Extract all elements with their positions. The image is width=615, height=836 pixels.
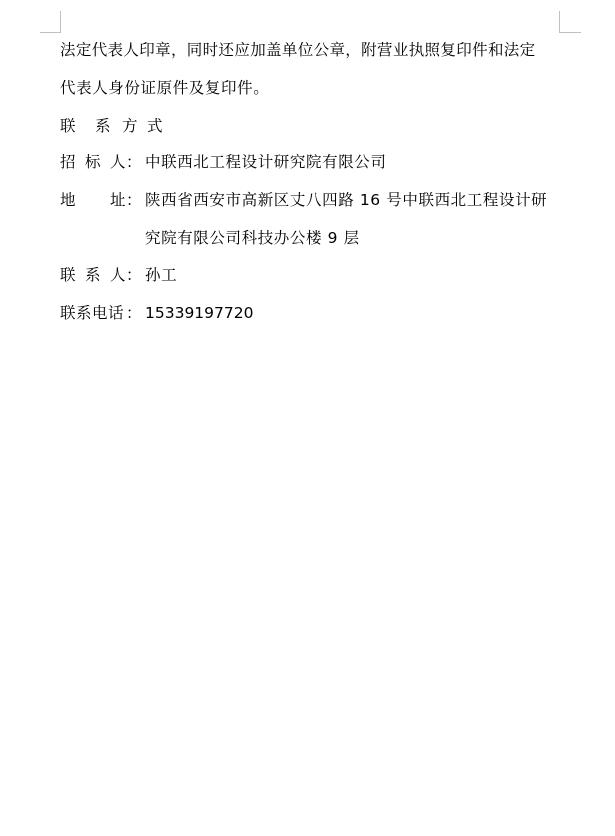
label-colon: ： xyxy=(126,152,142,172)
label-colon: ： xyxy=(126,265,142,285)
heading-char: 式 xyxy=(147,116,163,136)
address-value-line2: 究院有限公司科技办公楼 9 层 xyxy=(145,228,360,248)
margin-corner-mark-top-right xyxy=(559,11,581,33)
label-char: 人 xyxy=(110,265,126,285)
phone-value: 15339197720 xyxy=(145,303,253,323)
label-colon: ： xyxy=(126,190,142,210)
phone-label: 联系电话 xyxy=(60,303,124,323)
label-char: 标 xyxy=(85,152,101,172)
margin-corner-mark-top-left xyxy=(40,11,61,33)
heading-char: 系 xyxy=(95,116,111,136)
heading-char: 方 xyxy=(122,116,138,136)
paragraph-line: 代表人身份证原件及复印件。 xyxy=(60,78,269,98)
label-char: 系 xyxy=(85,265,101,285)
label-colon: ： xyxy=(126,303,142,323)
heading-char: 联 xyxy=(60,116,76,136)
document-page: 法定代表人印章，同时还应加盖单位公章，附营业执照复印件和法定 代表人身份证原件及… xyxy=(0,0,615,836)
label-char: 人 xyxy=(110,152,126,172)
label-char: 联 xyxy=(60,265,76,285)
tenderer-value: 中联西北工程设计研究院有限公司 xyxy=(145,152,387,172)
paragraph-line: 法定代表人印章，同时还应加盖单位公章，附营业执照复印件和法定 xyxy=(60,40,536,60)
label-char: 招 xyxy=(60,152,76,172)
contact-person-value: 孙工 xyxy=(145,265,177,285)
address-value-line1: 陕西省西安市高新区丈八四路 16 号中联西北工程设计研 xyxy=(145,190,547,210)
label-char: 地 xyxy=(60,190,76,210)
label-char: 址 xyxy=(110,190,126,210)
